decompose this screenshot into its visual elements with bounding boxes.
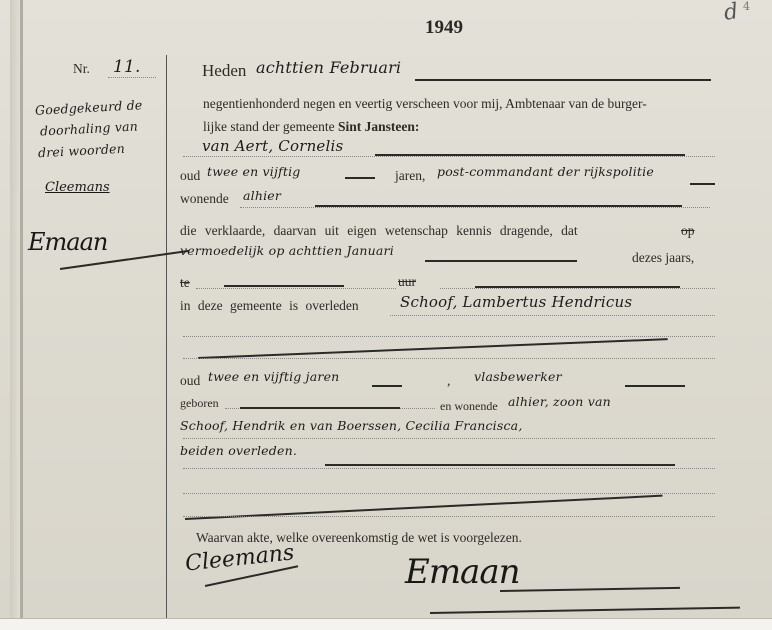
en-wonende-label: en wonende bbox=[440, 399, 498, 414]
residence-fill-line bbox=[315, 205, 682, 207]
parents-status: beiden overleden. bbox=[180, 443, 297, 458]
margin-note-line-3: drei woorden bbox=[38, 141, 126, 161]
struck-op: op bbox=[681, 223, 695, 239]
te-dotline bbox=[196, 288, 396, 289]
form-line-2: negentienhonderd negen en veertig versch… bbox=[203, 96, 647, 112]
official-signature-underline bbox=[430, 607, 740, 614]
struck-uur: uur bbox=[398, 274, 416, 290]
blank-dotline-5 bbox=[183, 516, 715, 517]
te-fill-line bbox=[224, 285, 344, 287]
occupation-dash bbox=[690, 183, 715, 185]
corner-number: 4 bbox=[743, 0, 750, 13]
geboren-label: geboren bbox=[180, 396, 219, 411]
oud-label: oud bbox=[180, 168, 200, 184]
margin-note-line-1: Goedgekeurd de bbox=[35, 97, 143, 118]
declarant-name-fill-line bbox=[375, 154, 685, 156]
record-number-dotline bbox=[108, 77, 156, 78]
geboren-fill-line bbox=[240, 407, 400, 409]
parents-dotline bbox=[183, 438, 715, 439]
form-line-3: lijke stand der gemeente Sint Jansteen: bbox=[203, 119, 419, 135]
record-number-label: Nr. bbox=[73, 61, 90, 77]
record-number: 11. bbox=[113, 57, 141, 77]
declarant-name: van Aert, Cornelis bbox=[202, 137, 343, 155]
heden-fill-line bbox=[415, 79, 711, 81]
uur-fill-line bbox=[475, 286, 680, 288]
declarant-residence: alhier bbox=[243, 188, 281, 203]
margin-note-line-2: doorhaling van bbox=[40, 118, 139, 138]
deceased-age-dash bbox=[372, 385, 402, 387]
deceased-residence: alhier, zoon van bbox=[508, 394, 611, 409]
margin-rule bbox=[166, 55, 167, 620]
age-dash bbox=[345, 177, 375, 179]
overleden-label: in deze gemeente is overleden bbox=[180, 298, 359, 314]
margin-signature-2: Emaan bbox=[28, 228, 107, 256]
verklaarde-line: die verklaarde, daarvan uit eigen wetens… bbox=[180, 223, 578, 239]
form-line-3-text: lijke stand der gemeente bbox=[203, 119, 338, 134]
blank-strike-line bbox=[198, 338, 668, 358]
parents-line: Schoof, Hendrik en van Boerssen, Cecilia… bbox=[180, 418, 523, 433]
municipality: Sint Jansteen: bbox=[338, 119, 419, 134]
blank-dotline-2 bbox=[183, 358, 715, 359]
civil-record-page: 1949 d 4 Nr. 11. Goedgekeurd de doorhali… bbox=[0, 0, 772, 620]
corner-annotation: d bbox=[722, 0, 739, 26]
deceased-oud-label: oud bbox=[180, 373, 200, 389]
closing-statement: Waarvan akte, welke overeenkomstig de we… bbox=[196, 530, 522, 546]
jaren-label: jaren, bbox=[395, 168, 425, 184]
deceased-occupation-dash bbox=[625, 385, 685, 387]
comma: , bbox=[447, 373, 450, 389]
uur-dotline bbox=[440, 288, 715, 289]
blank-dotline-3 bbox=[183, 468, 715, 469]
blank-dotline-4 bbox=[183, 493, 715, 494]
death-date: vermoedelijk op achttien Januari bbox=[180, 243, 394, 258]
heden-date: achttien Februari bbox=[256, 58, 401, 77]
record-year: 1949 bbox=[425, 17, 463, 39]
parents-fill-line bbox=[325, 464, 675, 466]
residence-dotline bbox=[240, 207, 710, 208]
declarant-occupation: post-commandant der rijkspolitie bbox=[437, 164, 654, 179]
declarant-name-dotline bbox=[183, 156, 715, 157]
page-bottom-edge bbox=[0, 618, 772, 630]
blank-dotline-1 bbox=[183, 336, 715, 337]
deceased-name-dotline bbox=[390, 315, 715, 316]
page-binding-edge bbox=[20, 0, 23, 620]
official-signature: Emaan bbox=[405, 552, 520, 592]
dezes-jaars: dezes jaars, bbox=[632, 250, 694, 266]
death-date-fill-line bbox=[425, 260, 577, 262]
heden-label: Heden bbox=[202, 61, 246, 81]
official-signature-flourish bbox=[500, 587, 680, 592]
deceased-occupation: vlasbewerker bbox=[474, 369, 562, 384]
margin-signature-1: Cleemans bbox=[45, 180, 110, 195]
deceased-name: Schoof, Lambertus Hendricus bbox=[400, 293, 632, 311]
wonende-label: wonende bbox=[180, 191, 229, 207]
deceased-age: twee en vijftig jaren bbox=[208, 369, 339, 384]
struck-te: te bbox=[180, 275, 190, 291]
declarant-age: twee en vijftig bbox=[207, 164, 301, 179]
